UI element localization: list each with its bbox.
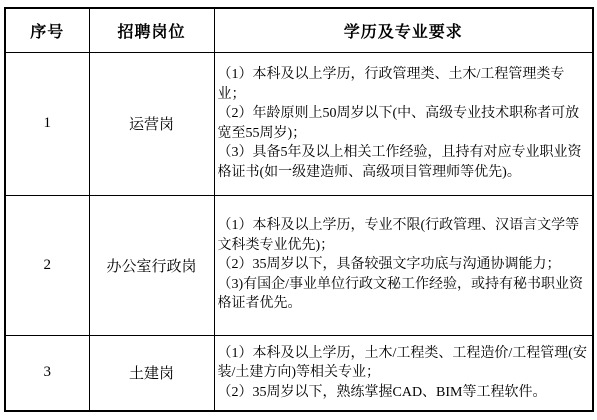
requirement-item: （2）35周岁以下，具备较强文字功底与沟通协调能力； (218, 255, 591, 275)
recruitment-table-container: 序号 招聘岗位 学历及专业要求 1 运营岗 （1）本科及以上学历，行政管理类、土… (4, 7, 594, 412)
requirement-item: （1）本科及以上学历，专业不限(行政管理、汉语言文学等文科类专业优先)； (218, 216, 591, 255)
requirement-item: （3)有国企/事业单位行政文秘工作经验，或持有秘书职业资格证者优先。 (218, 275, 591, 314)
recruitment-table: 序号 招聘岗位 学历及专业要求 1 运营岗 （1）本科及以上学历，行政管理类、土… (4, 7, 594, 412)
requirement-item: （2）35周岁以下，熟练掌握CAD、BIM等工程软件。 (218, 383, 591, 403)
table-row: 2 办公室行政岗 （1）本科及以上学历，专业不限(行政管理、汉语言文学等文科类专… (5, 195, 593, 335)
row-requirements: （1）本科及以上学历，专业不限(行政管理、汉语言文学等文科类专业优先)； （2）… (214, 195, 593, 335)
row-position: 运营岗 (89, 52, 214, 195)
row-serial-number: 3 (5, 335, 89, 411)
row-serial-number: 1 (5, 52, 89, 195)
table-row: 1 运营岗 （1）本科及以上学历，行政管理类、土木/工程管理类专业； （2）年龄… (5, 52, 593, 195)
row-position: 办公室行政岗 (89, 195, 214, 335)
row-serial-number: 2 (5, 195, 89, 335)
requirement-item: （2）年龄原则上50周岁以下(中、高级专业技术职称者可放宽至55周岁)； (218, 104, 591, 143)
row-requirements: （1）本科及以上学历，行政管理类、土木/工程管理类专业； （2）年龄原则上50周… (214, 52, 593, 195)
row-position: 土建岗 (89, 335, 214, 411)
header-serial-number: 序号 (5, 8, 89, 52)
header-requirements: 学历及专业要求 (214, 8, 593, 52)
requirement-item: （3）具备5年及以上相关工作经验，且持有对应专业职业资格证书(如一级建造师、高级… (218, 143, 591, 182)
table-row: 3 土建岗 （1）本科及以上学历，土木/工程类、工程造价/工程管理(安装/土建方… (5, 335, 593, 411)
header-position: 招聘岗位 (89, 8, 214, 52)
table-header-row: 序号 招聘岗位 学历及专业要求 (5, 8, 593, 52)
requirement-item: （1）本科及以上学历，土木/工程类、工程造价/工程管理(安装/土建方向)等相关专… (218, 344, 591, 383)
row-requirements: （1）本科及以上学历，土木/工程类、工程造价/工程管理(安装/土建方向)等相关专… (214, 335, 593, 411)
requirement-item: （1）本科及以上学历，行政管理类、土木/工程管理类专业； (218, 65, 591, 104)
